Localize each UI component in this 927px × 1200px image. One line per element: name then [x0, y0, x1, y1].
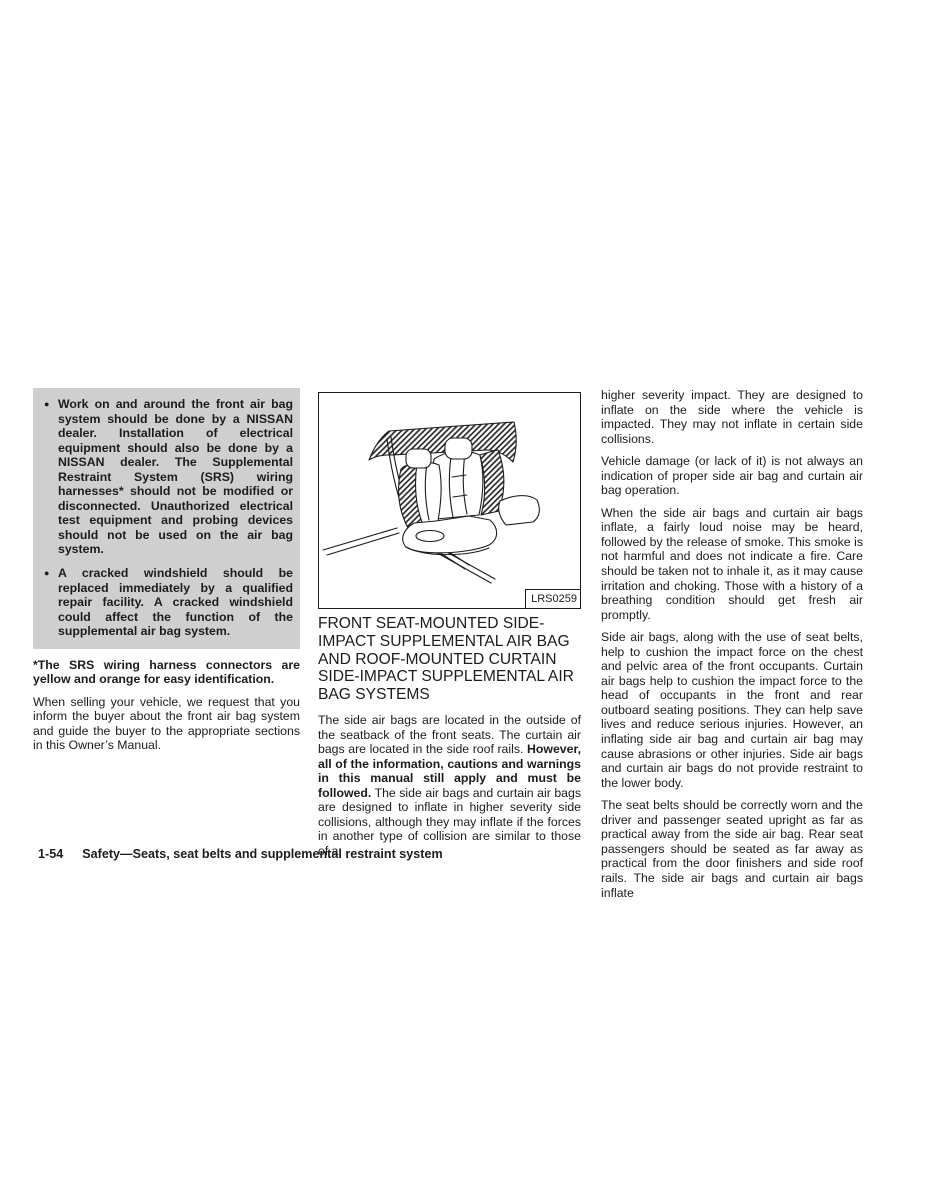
bullet-icon: ● — [41, 397, 58, 557]
section-heading: FRONT SEAT-MOUNTED SIDE-IMPACT SUPPLEMEN… — [318, 615, 581, 704]
warning-bullet-item: ● A cracked windshield should be replace… — [41, 566, 293, 639]
right-column: higher severity impact. They are designe… — [601, 388, 863, 908]
paragraph: When the side air bags and curtain air b… — [601, 506, 863, 622]
figure-code-label: LRS0259 — [525, 589, 580, 608]
seat-airbag-illustration — [319, 393, 580, 608]
paragraph: The seat belts should be correctly worn … — [601, 798, 863, 900]
paragraph: Side air bags, along with the use of sea… — [601, 630, 863, 790]
footer-section-title: Safety—Seats, seat belts and supplementa… — [82, 847, 442, 861]
left-column: ● Work on and around the front air bag s… — [33, 388, 300, 761]
warning-bullet-text: A cracked windshield should be replaced … — [58, 566, 293, 639]
page-number: 1-54 — [38, 847, 63, 861]
warning-bullet-text: Work on and around the front air bag sys… — [58, 397, 293, 557]
srs-connector-note: *The SRS wiring harness connectors are y… — [33, 658, 300, 687]
bullet-icon: ● — [41, 566, 58, 639]
figure-frame: LRS0259 — [318, 392, 581, 609]
page-footer: 1-54Safety—Seats, seat belts and supplem… — [38, 847, 443, 861]
selling-vehicle-note: When selling your vehicle, we request th… — [33, 695, 300, 753]
warning-box: ● Work on and around the front air bag s… — [33, 388, 300, 649]
side-airbag-intro-paragraph: The side air bags are located in the out… — [318, 713, 581, 858]
warning-bullet-item: ● Work on and around the front air bag s… — [41, 397, 293, 557]
paragraph: Vehicle damage (or lack of it) is not al… — [601, 454, 863, 498]
paragraph: higher severity impact. They are designe… — [601, 388, 863, 446]
middle-column: LRS0259 FRONT SEAT-MOUNTED SIDE-IMPACT S… — [318, 392, 581, 866]
